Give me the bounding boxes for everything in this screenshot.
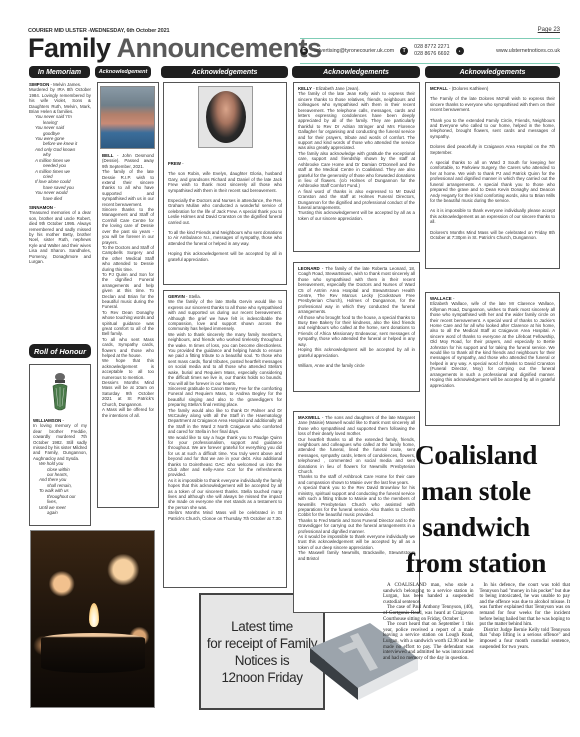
tab-acknowledgements-2: Acknowledgements xyxy=(292,66,420,78)
news-headline: Coalisland man stole sandwich from stati… xyxy=(382,437,570,581)
page-number: Page 23 xyxy=(538,27,560,33)
page-title: Family Announcements xyxy=(28,33,322,63)
notice-wallace: WALLACE - Elizabeth Wallace, wife of the… xyxy=(425,292,560,426)
harp-crest-icon xyxy=(49,372,71,414)
title-announcements: Announcements xyxy=(117,33,322,63)
phone-1[interactable]: 028 8772 2271 xyxy=(414,44,449,51)
email-icon: E xyxy=(300,47,308,55)
globe-icon: ● xyxy=(456,47,464,55)
in-memoriam-column: SIMPSON - Melvin James. Murdered by IRA … xyxy=(29,82,91,264)
notice-mcfall: MCFALL - (Dolores Kathleen) The Family o… xyxy=(425,82,560,269)
tab-in-memoriam: In Memoriam xyxy=(29,66,90,78)
roll-of-honour-heading: Roll of Honour xyxy=(29,344,91,358)
candle-flame xyxy=(89,603,99,627)
roll-of-honour-box: WILLIAMSON - In loving memory of my dear… xyxy=(29,364,91,526)
email-link[interactable]: advertising@tyronecourier.uk.com xyxy=(314,48,394,54)
news-article-body: A COALISLAND man, who stole a sandwich b… xyxy=(383,583,570,661)
tab-acknowledgements-3: Acknowledgements xyxy=(425,66,560,78)
tab-acknowledgement: Acknowledgement xyxy=(95,66,151,78)
candle-photo xyxy=(30,530,155,708)
notice-leonard: LEONARD - The family of the late Roberta… xyxy=(293,262,420,392)
candle-cup xyxy=(41,633,145,673)
bell-portrait-photo xyxy=(100,86,155,149)
title-family: Family xyxy=(28,33,111,63)
poem-williamson: We hold youclose within our hearts,And t… xyxy=(33,461,87,515)
tab-acknowledgements-1: Acknowledgements xyxy=(161,66,288,78)
phone-icon: T xyxy=(400,47,408,55)
frew-portrait-frame xyxy=(198,86,253,148)
website-link[interactable]: www.ulsternetnotices.co.uk xyxy=(496,48,560,54)
contact-bar: E advertising@tyronecourier.uk.com T 028… xyxy=(300,38,560,64)
phone-numbers: 028 8772 2271 028 8676 6692 xyxy=(414,44,449,58)
frew-portrait-photo xyxy=(206,91,246,143)
notice-gervin: GERVIN - Stella. We the family of the la… xyxy=(163,290,287,588)
phone-2[interactable]: 028 8676 6692 xyxy=(414,51,449,58)
notice-kelly: KELLY - Elizabeth Jane (Jean). The famil… xyxy=(293,82,420,252)
poem-simpson: You never said 'I'mleaving' You never sa… xyxy=(29,114,91,201)
